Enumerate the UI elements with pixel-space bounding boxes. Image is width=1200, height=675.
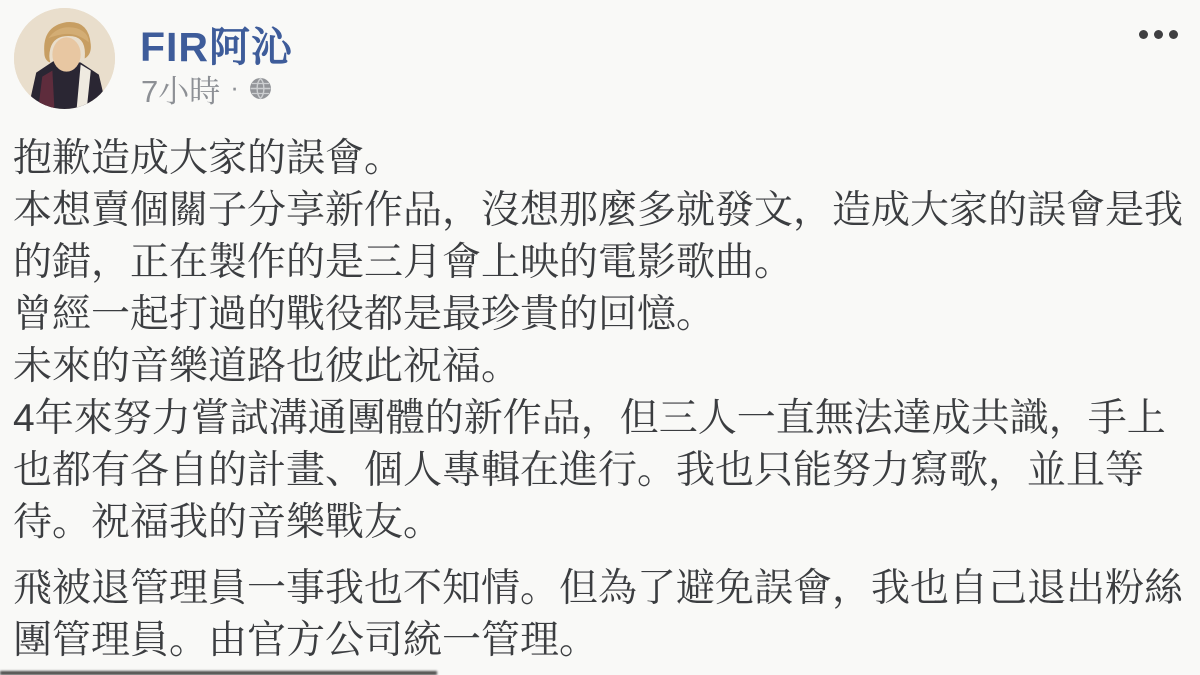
post-header: FIR阿沁 7小時 · [0, 0, 1200, 130]
bottom-edge-artifact [0, 671, 437, 675]
timestamp[interactable]: 7小時 [141, 66, 220, 111]
post-text-line: 抱歉造成大家的誤會。 [13, 133, 1192, 185]
avatar-photo [14, 8, 115, 109]
ellipsis-icon [1169, 30, 1178, 39]
meta-separator: · [230, 74, 239, 100]
author-name-link[interactable]: FIR阿沁 [140, 14, 293, 73]
post-meta: 7小時 · [141, 66, 272, 111]
facebook-post: FIR阿沁 7小時 · 抱歉造成大家的誤會。 本想賣個關子分享新作品，沒想那麼多… [0, 0, 1200, 675]
post-text-line: 飛被退管理員一事我也不知情。但為了避免誤會，我也自己退出粉絲團管理員。由官方公司… [13, 563, 1192, 667]
post-text-line: 未來的音樂道路也彼此祝福。 [13, 341, 1192, 393]
globe-icon [249, 77, 272, 100]
post-text-line: 曾經一起打過的戰役都是最珍貴的回憶。 [13, 289, 1192, 341]
post-menu-button[interactable] [1133, 24, 1184, 45]
avatar[interactable] [14, 8, 115, 109]
post-text-line: 4年來努力嘗試溝通團體的新作品，但三人一直無法達成共識，手上也都有各自的計畫、個… [13, 393, 1192, 549]
ellipsis-icon [1139, 30, 1148, 39]
post-body: 抱歉造成大家的誤會。 本想賣個關子分享新作品，沒想那麼多就發文，造成大家的誤會是… [13, 133, 1192, 667]
post-text-line: 本想賣個關子分享新作品，沒想那麼多就發文，造成大家的誤會是我的錯，正在製作的是三… [13, 185, 1192, 289]
ellipsis-icon [1154, 30, 1163, 39]
